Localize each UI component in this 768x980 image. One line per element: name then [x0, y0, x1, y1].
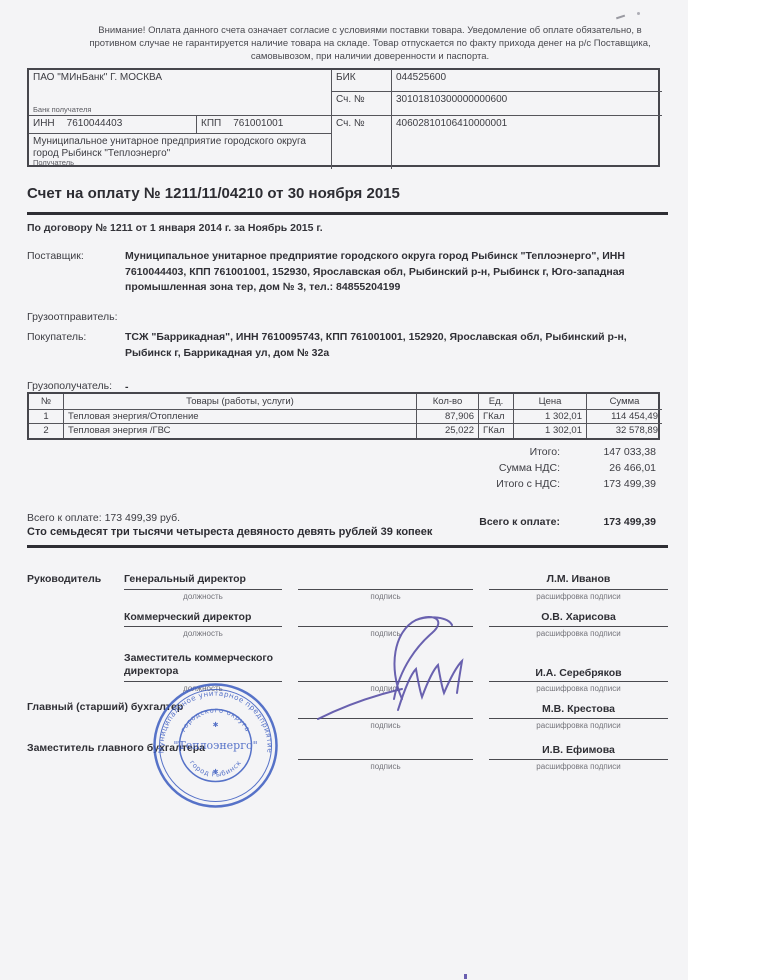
amount-due-text: Всего к оплате: 173 499,39 руб.: [27, 512, 180, 524]
bik-label: БИК: [332, 70, 392, 92]
decode-line-1: [489, 589, 668, 590]
sig-name-2: О.В. Харисова: [489, 611, 668, 623]
item-row-sum: 32 578,89: [587, 424, 662, 438]
sig-position-2: Коммерческий директор: [124, 611, 284, 624]
vat-line: Сумма НДС: 26 466,01: [300, 462, 656, 478]
caption-decode: расшифровка подписи: [489, 684, 668, 693]
supplier-value: Муниципальное унитарное предприятие горо…: [125, 249, 670, 296]
col-header-name: Товары (работы, услуги): [64, 394, 417, 410]
buyer-label: Покупатель:: [27, 331, 86, 343]
inn-value: 7610044403: [67, 118, 123, 129]
sig-name-1: Л.М. Иванов: [489, 573, 668, 585]
totals-block: Итого: 147 033,38 Сумма НДС: 26 466,01 И…: [300, 446, 656, 528]
col-header-unit: Ед.: [479, 394, 514, 410]
scan-artifact: [616, 15, 625, 19]
scan-area: Внимание! Оплата данного счета означает …: [0, 0, 688, 980]
handwritten-signatures: [280, 595, 500, 735]
caption-position: должность: [124, 592, 282, 601]
amount-divider: [27, 545, 668, 548]
signature-krestova-ink: [318, 689, 402, 719]
total-value: 147 033,38: [560, 446, 656, 462]
items-table: № Товары (работы, услуги) Кол-во Ед. Цен…: [27, 392, 660, 440]
buyer-value: ТСЖ "Баррикадная", ИНН 7610095743, КПП 7…: [125, 330, 670, 361]
caption-decode: расшифровка подписи: [489, 592, 668, 601]
total-with-vat-label: Итого с НДС:: [496, 478, 560, 494]
sig-name-4: М.В. Крестова: [489, 703, 668, 715]
item-row-unit: ГКал: [479, 424, 514, 438]
item-row-name: Тепловая энергия/Отопление: [64, 410, 417, 424]
sig-position-1: Генеральный директор: [124, 573, 284, 586]
decode-line-5: [489, 759, 668, 760]
decode-line-3: [489, 681, 668, 682]
recipient-bank-name: ПАО "МИнБанк" Г. МОСКВА: [33, 72, 162, 83]
sig-name-5: И.В. Ефимова: [489, 744, 668, 756]
recipient-bank-cell: ПАО "МИнБанк" Г. МОСКВА Банк получателя: [29, 70, 332, 116]
total-with-vat-line: Итого с НДС: 173 499,39: [300, 478, 656, 494]
signature-line-1: [298, 589, 473, 590]
payment-warning-text: Внимание! Оплата данного счета означает …: [78, 24, 662, 63]
col-header-qty: Кол-во: [417, 394, 479, 410]
inn-label: ИНН: [33, 118, 55, 129]
scan-artifact: [464, 974, 467, 979]
stamp-star-top: ✱: [213, 721, 219, 729]
bank-caption: Банк получателя: [33, 105, 91, 114]
stamp-star-bottom: ✱: [213, 768, 219, 776]
title-divider: [27, 212, 668, 215]
corr-account-value: 30101810300000000600: [392, 92, 662, 116]
amount-due-value: 173 499,39: [560, 516, 656, 528]
decode-line-2: [489, 626, 668, 627]
signature-krestova-zigzag-ink: [398, 661, 462, 710]
scan-artifact: [637, 12, 640, 15]
scanned-invoice-page: Внимание! Оплата данного счета означает …: [0, 0, 768, 980]
item-row-qty: 87,906: [417, 410, 479, 424]
item-row-name: Тепловая энергия /ГВС: [64, 424, 417, 438]
consignor-label: Грузоотправитель:: [27, 311, 118, 323]
amount-in-words: Сто семьдесят три тысячи четыреста девян…: [27, 526, 432, 538]
kpp-label: КПП: [201, 118, 221, 129]
vat-value: 26 466,01: [560, 462, 656, 478]
col-header-num: №: [29, 394, 64, 410]
total-with-vat-value: 173 499,39: [560, 478, 656, 494]
position-line-2: [124, 626, 282, 627]
account-value: 40602810106410000001: [392, 116, 662, 169]
signature-serebryakov-ink: [394, 617, 452, 699]
recipient-cell: Муниципальное унитарное предприятие горо…: [29, 134, 332, 169]
caption-decode: расшифровка подписи: [489, 721, 668, 730]
bik-value: 044525600: [392, 70, 662, 92]
item-row-sum: 114 454,49: [587, 410, 662, 424]
decode-line-4: [489, 718, 668, 719]
contract-reference: По договору № 1211 от 1 января 2014 г. з…: [27, 222, 323, 234]
item-row-num: 1: [29, 410, 64, 424]
kpp-cell: КПП761001001: [197, 116, 332, 134]
amount-due-label: Всего к оплате:: [479, 516, 560, 528]
caption-sign: подпись: [298, 762, 473, 771]
inn-cell: ИНН7610044403: [29, 116, 197, 134]
account-label: Сч. №: [332, 116, 392, 169]
item-row-price: 1 302,01: [514, 424, 587, 438]
caption-decode: расшифровка подписи: [489, 629, 668, 638]
caption-decode: расшифровка подписи: [489, 762, 668, 771]
total-line: Итого: 147 033,38: [300, 446, 656, 462]
stamp-center-text: "Теплоэнерго": [173, 739, 257, 752]
col-header-sum: Сумма: [587, 394, 662, 410]
col-header-price: Цена: [514, 394, 587, 410]
corr-account-label: Сч. №: [332, 92, 392, 116]
item-row-unit: ГКал: [479, 410, 514, 424]
consignee-label: Грузополучатель:: [27, 380, 112, 392]
stamp-inner-top-text: городского округа: [179, 706, 252, 733]
signature-line-5: [298, 759, 473, 760]
total-label: Итого:: [530, 446, 560, 462]
item-row-qty: 25,022: [417, 424, 479, 438]
vat-label: Сумма НДС:: [499, 462, 560, 478]
supplier-label: Поставщик:: [27, 250, 84, 262]
bank-requisites-table: ПАО "МИнБанк" Г. МОСКВА Банк получателя …: [27, 68, 660, 167]
item-row-price: 1 302,01: [514, 410, 587, 424]
sig-name-3: И.А. Серебряков: [489, 667, 668, 679]
company-round-stamp: Муниципальное унитарное предприятие горо…: [143, 673, 288, 818]
recipient-caption: Получатель: [33, 157, 74, 169]
item-row-num: 2: [29, 424, 64, 438]
caption-position: должность: [124, 629, 282, 638]
position-line-1: [124, 589, 282, 590]
svg-text:городского округа: городского округа: [179, 706, 252, 733]
invoice-title: Счет на оплату № 1211/11/04210 от 30 ноя…: [27, 185, 400, 202]
kpp-value: 761001001: [233, 118, 283, 129]
recipient-name: Муниципальное унитарное предприятие горо…: [33, 136, 306, 159]
